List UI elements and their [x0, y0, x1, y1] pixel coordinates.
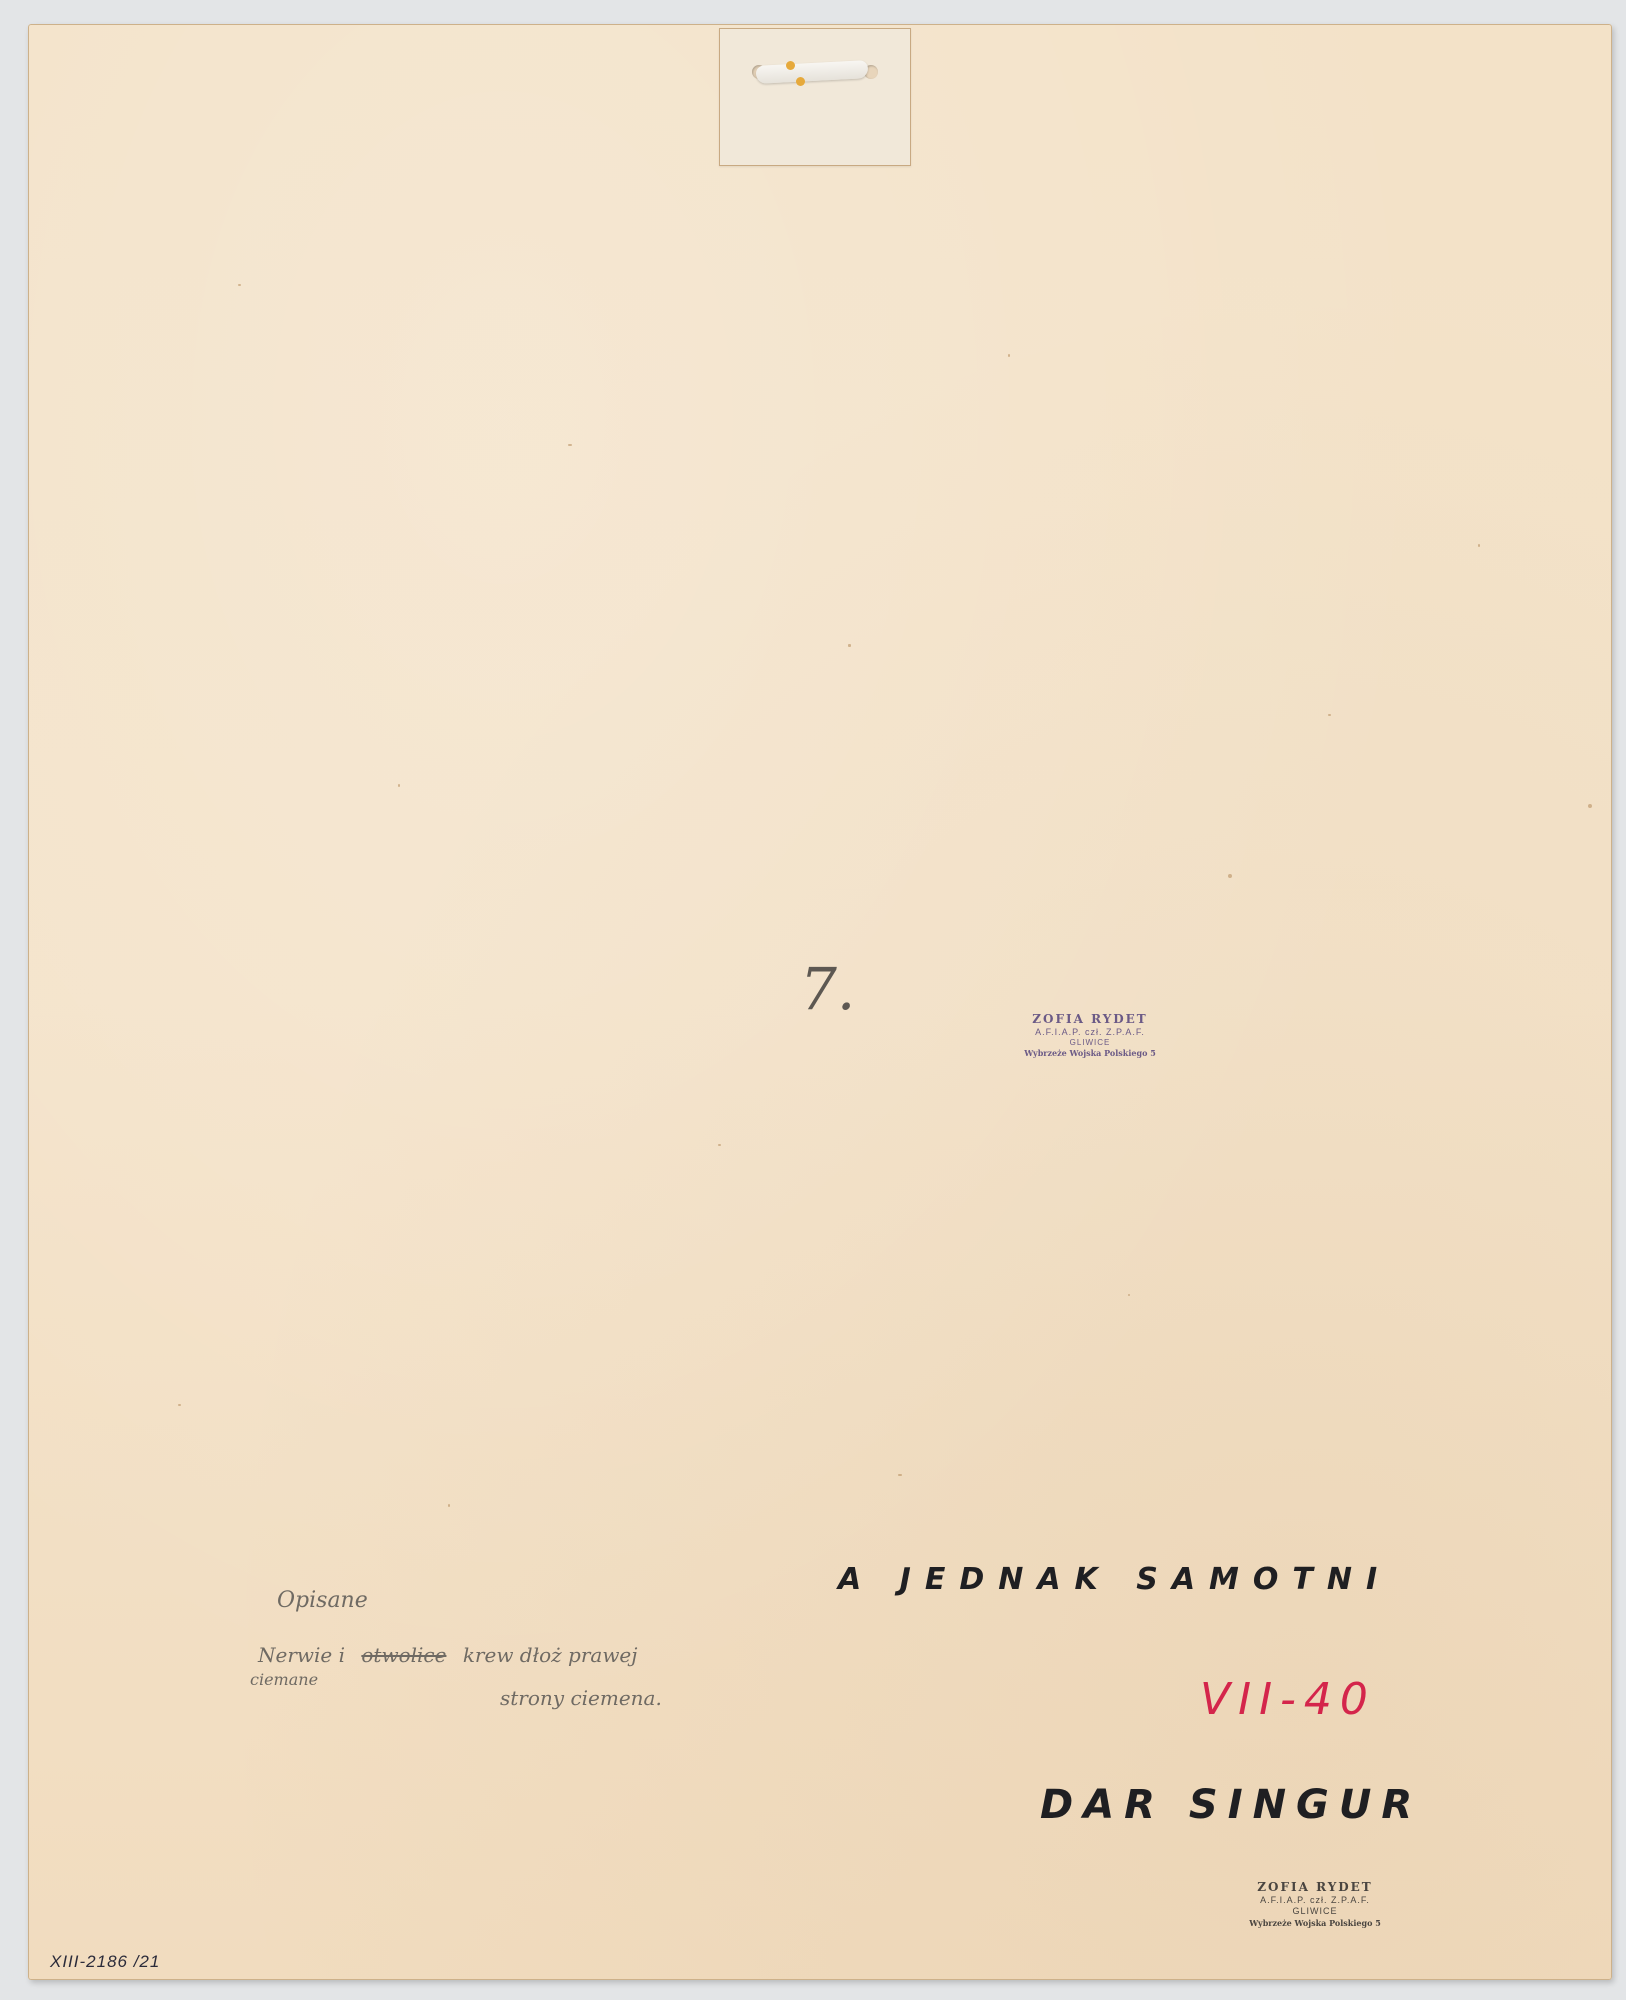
stamp-city: GLIWICE: [1225, 1906, 1405, 1917]
inventory-number: XIII-2186 /21: [50, 1952, 160, 1972]
pencil-text: krew dłoż prawej: [463, 1643, 638, 1667]
photographer-stamp-center: ZOFIA RYDET A.F.I.A.P. czł. Z.P.A.F. GLI…: [990, 1012, 1190, 1058]
stamp-affiliation: A.F.I.A.P. czł. Z.P.A.F.: [1225, 1895, 1405, 1906]
stamp-name: ZOFIA RYDET: [1225, 1880, 1405, 1895]
stamp-affiliation: A.F.I.A.P. czł. Z.P.A.F.: [990, 1027, 1190, 1038]
photo-date: VII-40: [1200, 1674, 1376, 1725]
stamp-address: Wybrzeże Wojska Polskiego 5: [1225, 1918, 1405, 1928]
center-number: 7.: [800, 955, 855, 1023]
photo-title: A JEDNAK SAMOTNI: [838, 1562, 1391, 1597]
photographer-stamp-bottom: ZOFIA RYDET A.F.I.A.P. czł. Z.P.A.F. GLI…: [1225, 1880, 1405, 1928]
hanging-cord: [756, 60, 869, 84]
stamp-name: ZOFIA RYDET: [990, 1012, 1190, 1027]
pencil-heading: Opisane: [277, 1588, 368, 1613]
stamp-city: GLIWICE: [990, 1038, 1190, 1048]
hanging-tab: [719, 28, 911, 166]
pencil-note-line2b: strony ciemena.: [500, 1686, 662, 1710]
pencil-text: Nerwie i: [258, 1643, 345, 1667]
cord-knot: [786, 61, 795, 70]
pencil-note-line1: Nerwie i otwolice krew dłoż prawej: [258, 1643, 637, 1667]
pencil-struck-word: otwolice: [361, 1643, 446, 1667]
cord-knot: [796, 77, 805, 86]
pencil-note-line2a: ciemane: [250, 1670, 318, 1689]
stamp-address: Wybrzeże Wojska Polskiego 5: [990, 1048, 1190, 1058]
donation-note: DAR SINGUR: [1040, 1782, 1422, 1828]
